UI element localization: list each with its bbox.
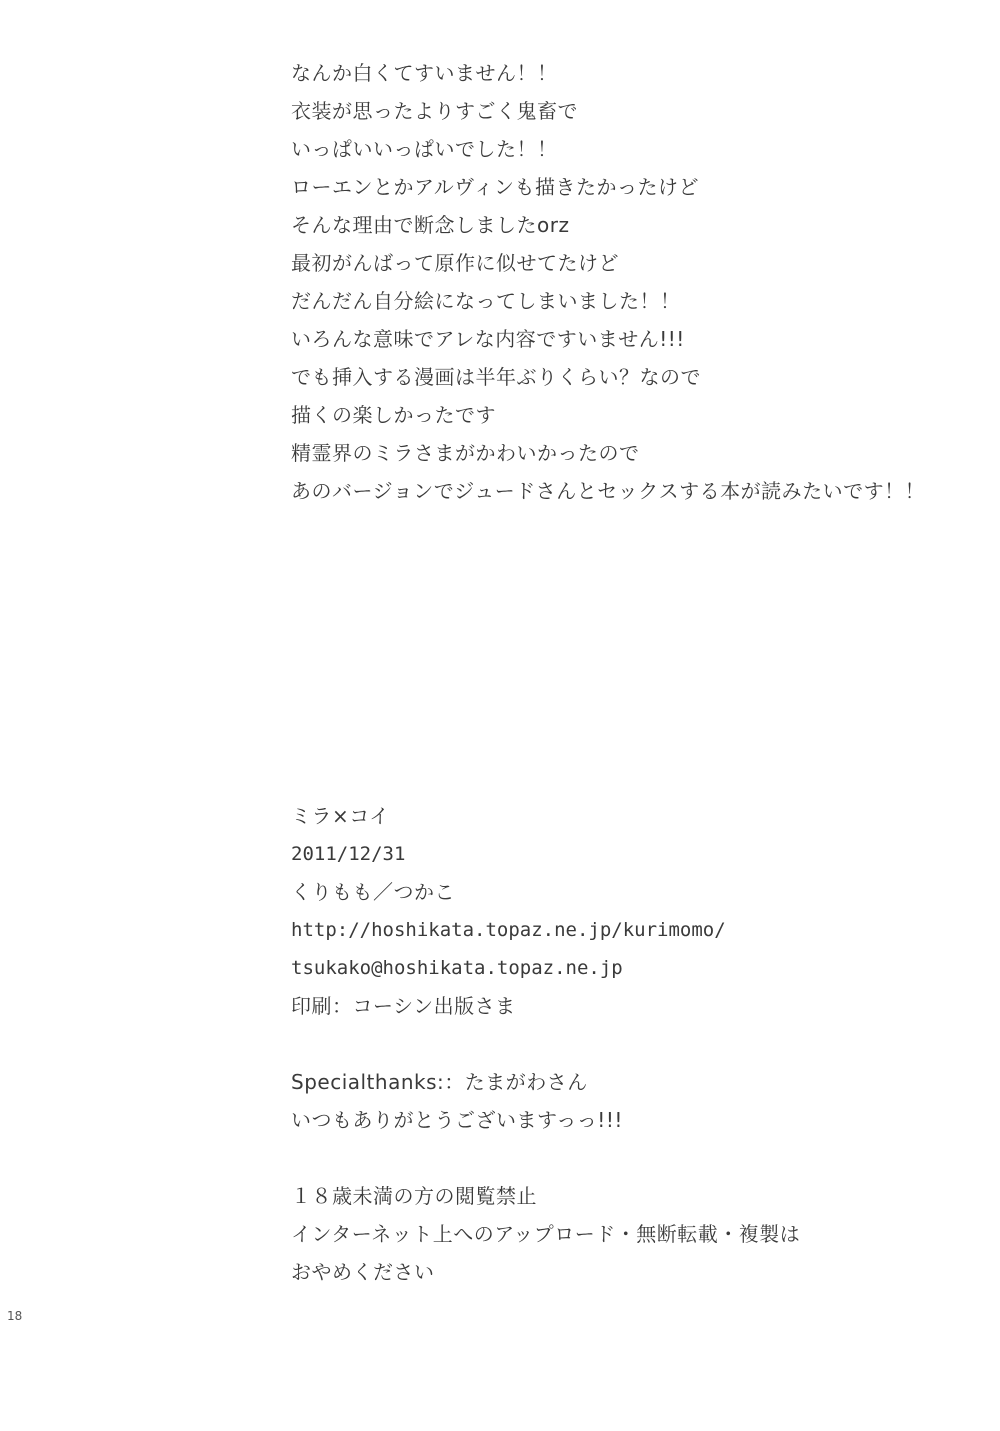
upload-warning-continued: おやめください: [291, 1253, 800, 1291]
afterword-line: いろんな意味でアレな内容ですいません!!!: [291, 320, 925, 358]
contact-email: tsukako@hoshikata.topaz.ne.jp: [291, 949, 800, 987]
afterword-line: 描くの楽しかったです: [291, 396, 925, 434]
afterword-line: でも挿入する漫画は半年ぶりくらい？なので: [291, 358, 925, 396]
special-thanks: Specialthanks:：たまがわさん: [291, 1063, 800, 1101]
afterword-line: あのバージョンでジュードさんとセックスする本が読みたいです！！: [291, 472, 925, 510]
upload-warning: インターネット上へのアップロード・無断転載・複製は: [291, 1215, 800, 1253]
afterword-line: いっぱいいっぱいでした！！: [291, 130, 925, 168]
book-title: ミラ×コイ: [291, 797, 800, 835]
age-warning: １８歳未満の方の閲覧禁止: [291, 1177, 800, 1215]
spacer: [291, 1025, 800, 1063]
afterword-line: ローエンとかアルヴィンも描きたかったけど: [291, 168, 925, 206]
afterword-line: そんな理由で断念しましたorz: [291, 206, 925, 244]
publication-date: 2011/12/31: [291, 835, 800, 873]
website-url: http://hoshikata.topaz.ne.jp/kurimomo/: [291, 911, 800, 949]
afterword-line: だんだん自分絵になってしまいました！！: [291, 282, 925, 320]
afterword-text: なんか白くてすいません！！ 衣装が思ったよりすごく鬼畜で いっぱいいっぱいでした…: [291, 54, 925, 510]
afterword-line: 衣装が思ったよりすごく鬼畜で: [291, 92, 925, 130]
printer-credit: 印刷：コーシン出版さま: [291, 987, 800, 1025]
afterword-line: 最初がんばって原作に似せてたけど: [291, 244, 925, 282]
afterword-line: なんか白くてすいません！！: [291, 54, 925, 92]
afterword-line: 精霊界のミラさまがかわいかったので: [291, 434, 925, 472]
spacer: [291, 1139, 800, 1177]
colophon: ミラ×コイ 2011/12/31 くりもも／つかこ http://hoshika…: [291, 797, 800, 1291]
page-number: 18: [7, 1309, 22, 1323]
authors: くりもも／つかこ: [291, 873, 800, 911]
thanks-message: いつもありがとうございますっっ!!!: [291, 1101, 800, 1139]
